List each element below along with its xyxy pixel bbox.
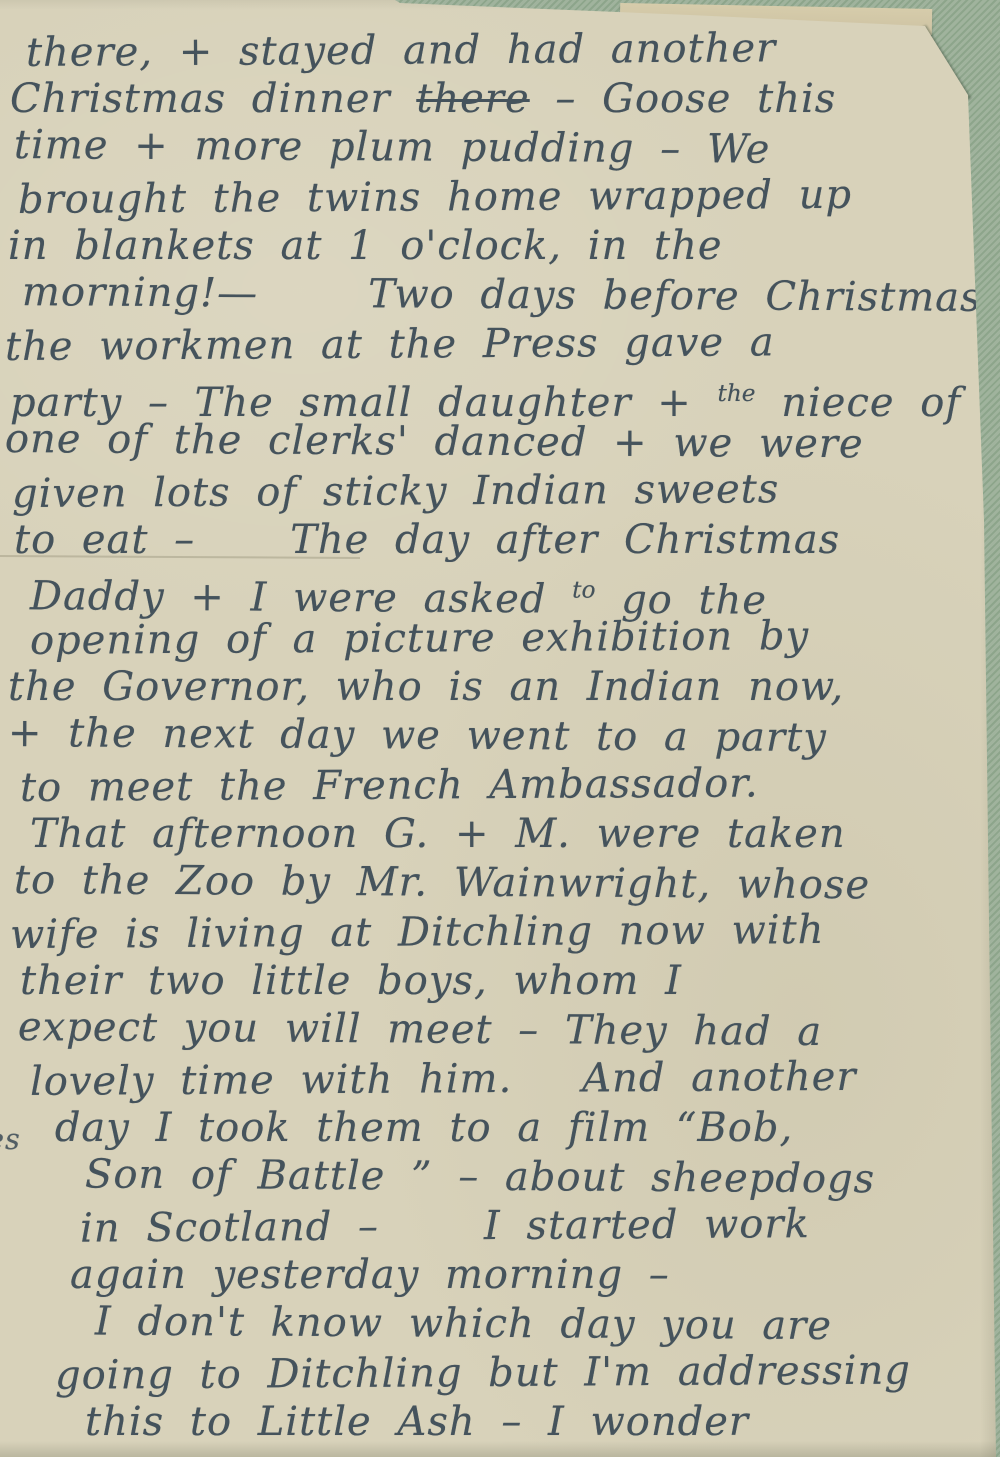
letter-words: And another: [582, 1054, 857, 1102]
letter-words: the workmen at the Press gave a: [5, 319, 775, 370]
letter-words: The day after Christmas: [290, 517, 840, 563]
letter-line: party – The small daughter + the niece o…: [0, 369, 1000, 418]
letter-line: Daddy + I were asked to go the: [0, 562, 1000, 617]
letter-line: the workmen at the Press gave a: [0, 317, 1000, 372]
letter-words: + the next day we went to a party: [8, 710, 827, 761]
letter-words: to the Zoo by Mr. Wainwright, whose: [14, 857, 870, 908]
letter-text: there, + stayed and had anotherChristmas…: [0, 26, 1000, 1447]
letter-line: lovely time with him.And another: [0, 1052, 1000, 1107]
letter-words: expect you will meet – They had a: [18, 1004, 822, 1055]
letter-words: I started work: [484, 1201, 810, 1249]
letter-line: esday I took them to a film “Bob,: [0, 1104, 1000, 1153]
letter-words: Christmas dinner: [10, 76, 416, 122]
letter-line: the Governor, who is an Indian now,: [0, 663, 1000, 712]
letter-line: time + more plum pudding – We: [0, 121, 1000, 176]
letter-words: brought the twins home wrapped up: [18, 172, 852, 223]
letter-words: in blankets at 1 o'clock, in the: [8, 223, 723, 269]
letter-line: to eat –The day after Christmas: [0, 516, 1000, 565]
letter-line: going to Ditchling but I'm addressing: [0, 1346, 1000, 1401]
letter-words: again yesterday morning –: [70, 1252, 670, 1298]
letter-line: given lots of sticky Indian sweets: [0, 464, 1000, 519]
letter-words: the Governor, who is an Indian now,: [8, 664, 844, 710]
letter-line: expect you will meet – They had a: [0, 1003, 1000, 1058]
letter-line: one of the clerks' danced + we were: [0, 415, 1000, 470]
letter-line: + the next day we went to a party: [0, 709, 1000, 764]
letter-words: one of the clerks' danced + we were: [5, 416, 864, 467]
letter-words: there, + stayed and had another: [26, 25, 776, 76]
letter-line: Son of Battle ” – about sheepdogs: [0, 1150, 1000, 1205]
letter-line: in Scotland –I started work: [0, 1199, 1000, 1254]
letter-line: I don't know which day you are: [0, 1297, 1000, 1352]
inserted-word: the: [718, 380, 756, 407]
letter-line: brought the twins home wrapped up: [0, 170, 1000, 225]
word-gap: [258, 307, 368, 308]
letter-words: given lots of sticky Indian sweets: [12, 466, 780, 517]
letter-words: morning!—: [22, 269, 258, 316]
letter-line: opening of a picture exhibition by: [0, 611, 1000, 666]
word-gap: [379, 1239, 484, 1240]
letter-line: wife is living at Ditchling now with: [0, 905, 1000, 960]
letter-words: to eat –: [14, 517, 195, 563]
letter-line: again yesterday morning –: [0, 1251, 1000, 1300]
letter-words: opening of a picture exhibition by: [30, 613, 809, 664]
letter-words: day I took them to a film “Bob,: [55, 1105, 793, 1151]
struck-word: there: [416, 76, 529, 122]
letter-paper: there, + stayed and had anotherChristmas…: [0, 0, 1000, 1457]
letter-words: Son of Battle ” – about sheepdogs: [85, 1151, 875, 1202]
letter-words: That afternoon G. + M. were taken: [30, 811, 846, 857]
letter-line: morning!—Two days before Christmas: [0, 268, 1000, 323]
letter-words: I don't know which day you are: [95, 1299, 832, 1350]
letter-words: their two little boys, whom I: [20, 958, 682, 1004]
letter-words: Two days before Christmas: [368, 271, 982, 321]
letter-words: this to Little Ash – I wonder: [85, 1399, 749, 1445]
letter-words: – Goose this: [530, 76, 837, 122]
letter-line: That afternoon G. + M. were taken: [0, 810, 1000, 859]
letter-line: to meet the French Ambassador.: [0, 758, 1000, 813]
inserted-word: to: [572, 576, 595, 603]
letter-line: their two little boys, whom I: [0, 957, 1000, 1006]
letter-words: to meet the French Ambassador.: [20, 760, 759, 811]
letter-words: lovely time with him.: [30, 1056, 512, 1105]
letter-line: to the Zoo by Mr. Wainwright, whose: [0, 856, 1000, 911]
scanned-letter-photo: there, + stayed and had anotherChristmas…: [0, 0, 1000, 1457]
letter-words: going to Ditchling but I'm addressing: [55, 1347, 911, 1398]
letter-line: Christmas dinner there – Goose this: [0, 75, 1000, 124]
letter-line: this to Little Ash – I wonder: [0, 1398, 1000, 1447]
letter-line: there, + stayed and had another: [0, 23, 1000, 78]
letter-words: wife is living at Ditchling now with: [10, 907, 825, 958]
letter-words: in Scotland –: [80, 1204, 379, 1252]
letter-words: time + more plum pudding – We: [14, 122, 771, 173]
letter-line: in blankets at 1 o'clock, in the: [0, 222, 1000, 271]
